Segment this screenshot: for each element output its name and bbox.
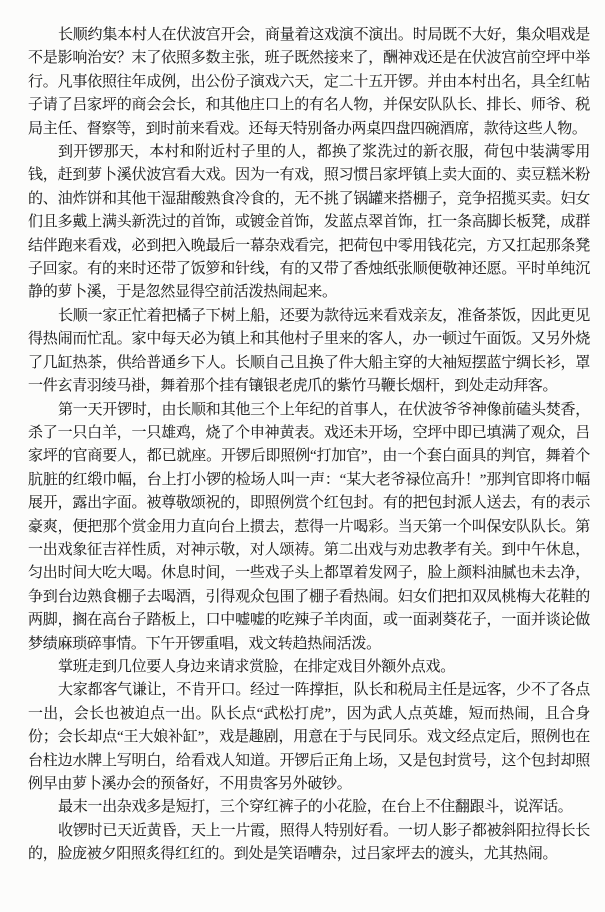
paragraph: 最末一出杂戏多是短打，三个穿红裤子的小花脸，在台上不住翻跟斗，说浑话。 (28, 796, 590, 819)
paragraph: 掌班走到几位要人身边来请求赏脸，在排定戏目外额外点戏。 (28, 656, 590, 679)
paragraph: 大家都客气谦让，不肯开口。经过一阵撑拒，队长和税局主任是远客，少不了各点一出，会… (28, 679, 590, 796)
paragraph: 第一天开锣时，由长顺和其他三个上年纪的首事人，在伏波爷爷神像前磕头焚香，杀了一只… (28, 399, 590, 656)
paragraph: 到开锣那天，本村和附近村子里的人，都换了浆洗过的新衣服，荷包中装满零用钱，赶到萝… (28, 141, 590, 305)
document-page: 长顺约集本村人在伏波宫开会，商量着这戏演不演出。时局既不大好，集众唱戏是不是影响… (0, 0, 605, 912)
paragraph: 收锣时已天近黄昏，天上一片霞，照得人特别好看。一切人影子都被斜阳拉得长长的，脸庞… (28, 820, 590, 867)
paragraph: 长顺约集本村人在伏波宫开会，商量着这戏演不演出。时局既不大好，集众唱戏是不是影响… (28, 24, 590, 141)
paragraph: 长顺一家正忙着把橘子下树上船，还要为款待远来看戏亲友，准备茶饭，因此更见得热闹而… (28, 305, 590, 399)
